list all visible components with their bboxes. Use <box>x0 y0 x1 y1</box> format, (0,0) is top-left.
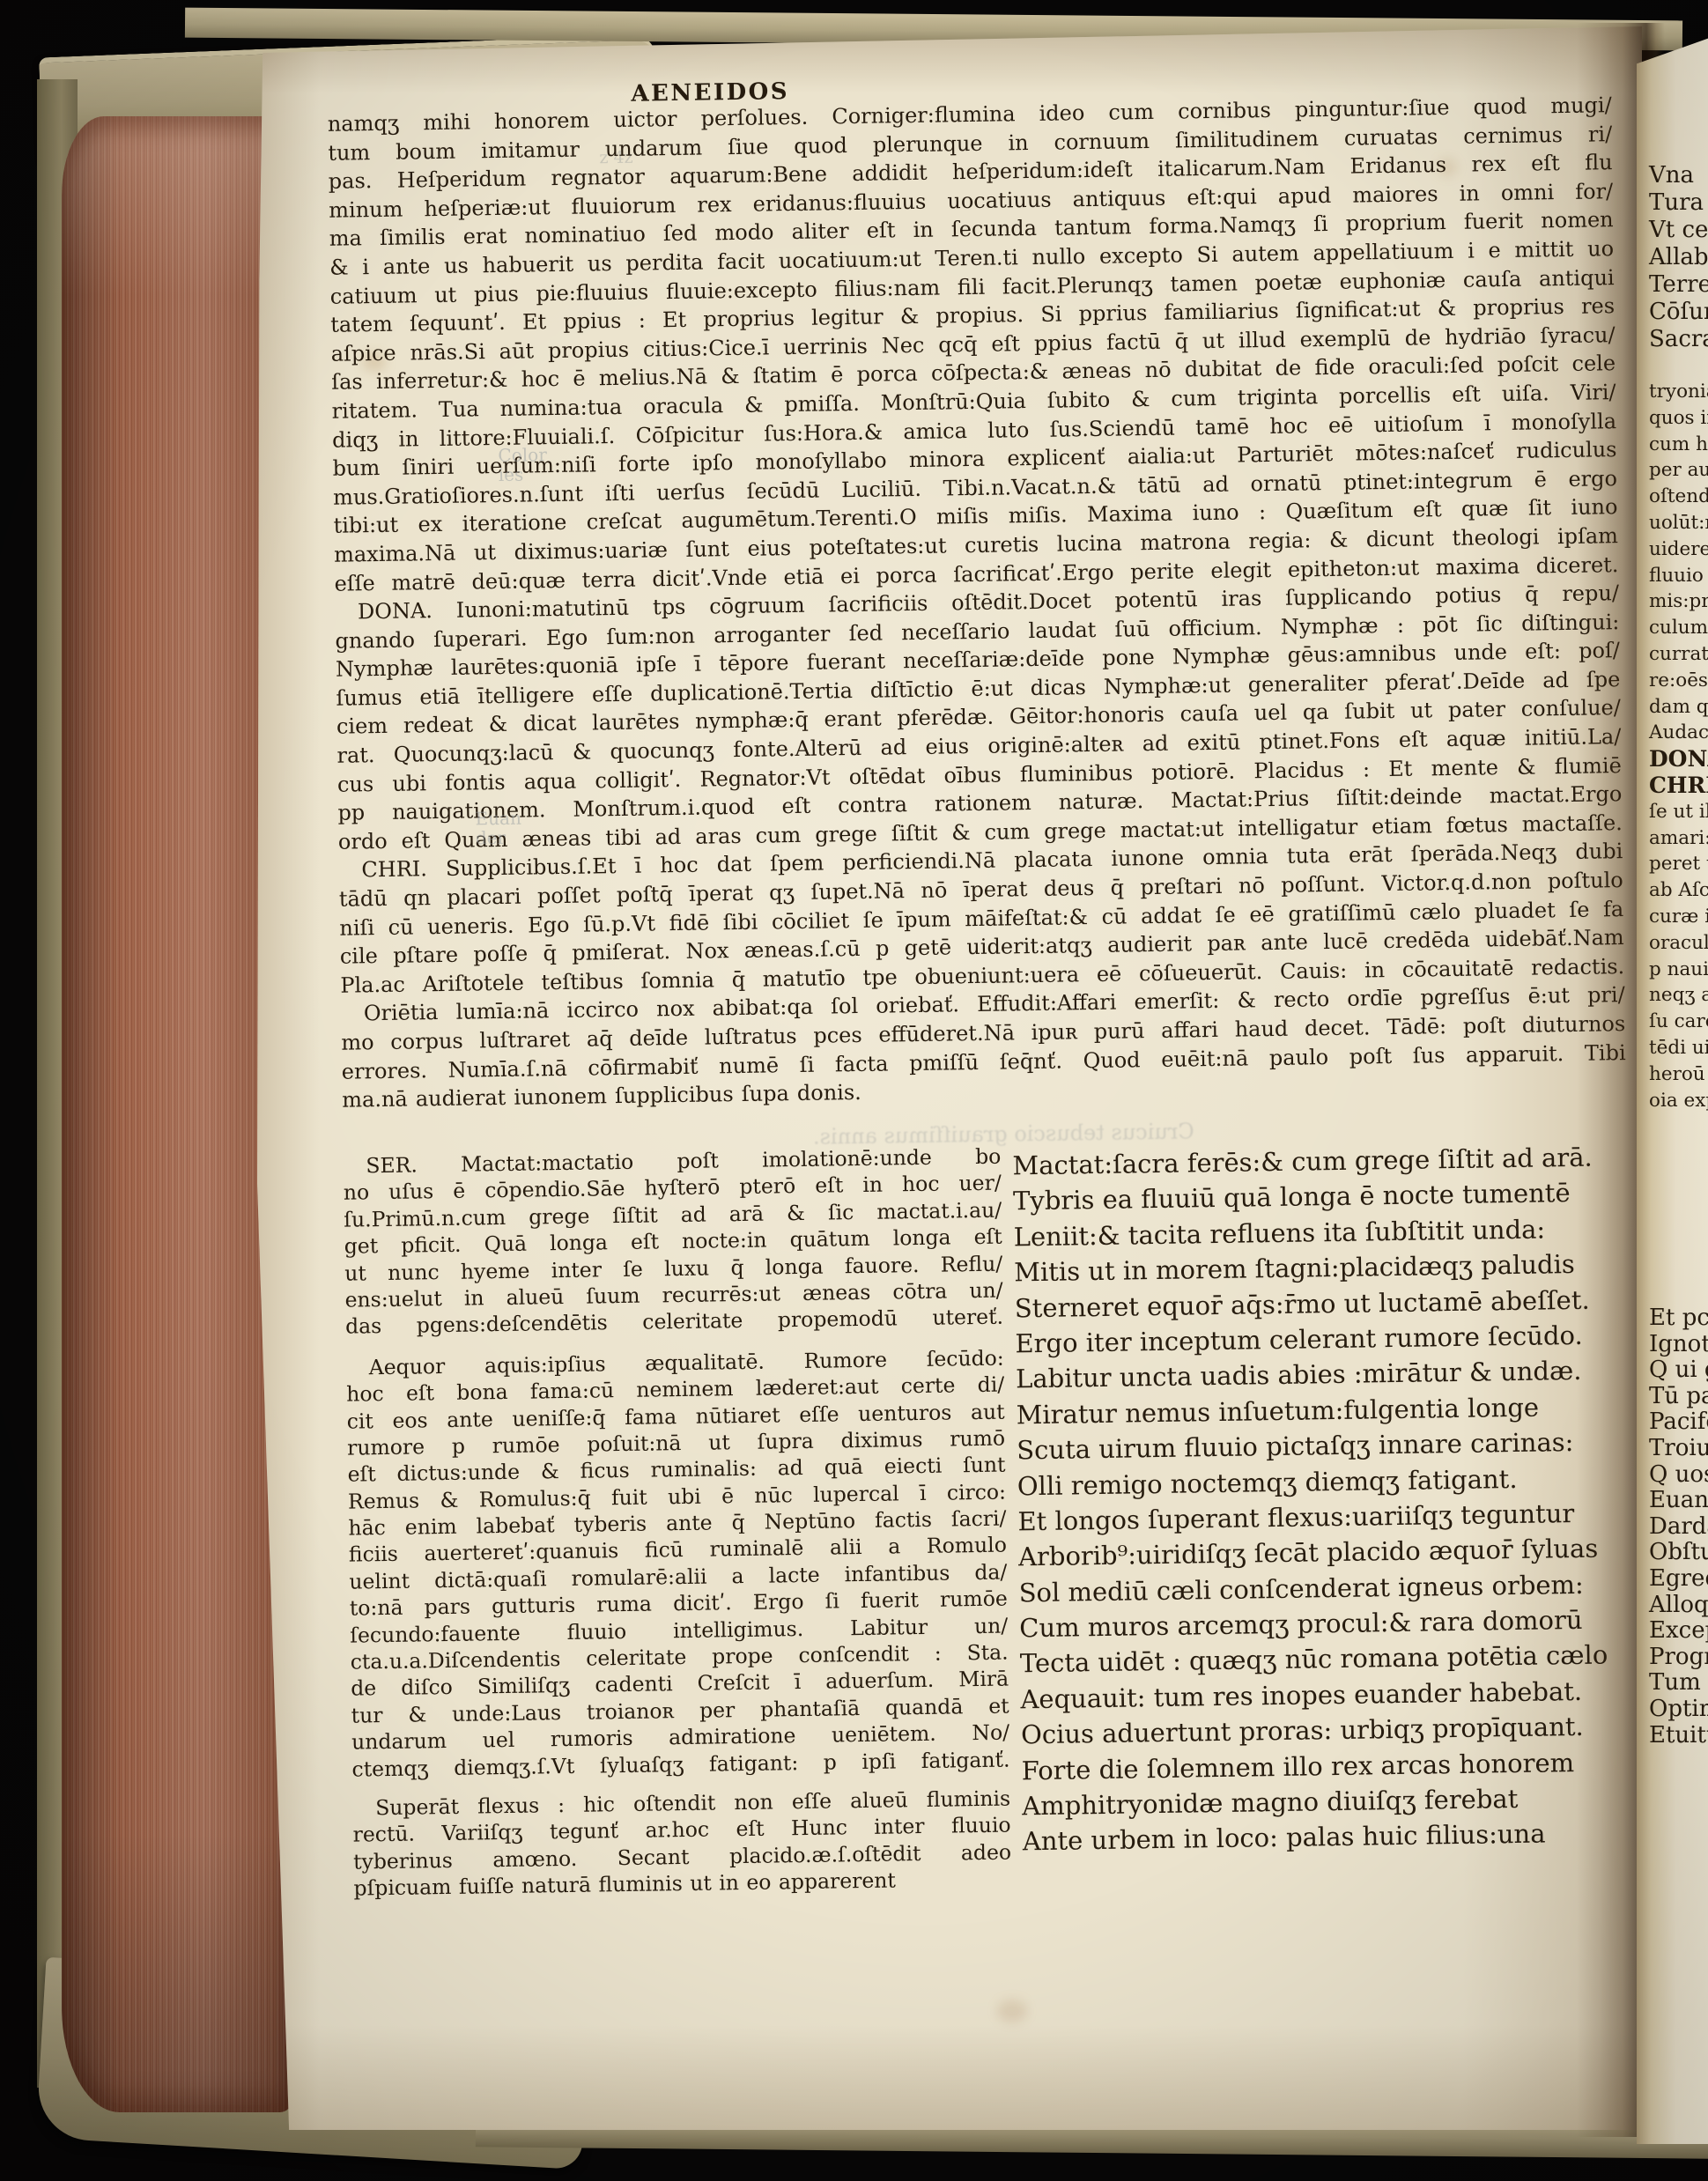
text-line: Terret <box>1649 271 1708 299</box>
text-line: curæ im <box>1649 904 1708 930</box>
text-line: per aute <box>1649 457 1708 484</box>
text-line: fluuio ty <box>1649 563 1708 589</box>
main-page: AENEIDOS z 4z namqʒ mihi honorem uictor … <box>257 26 1642 2130</box>
text-line: peret tro <box>1649 851 1708 877</box>
text-line: Ignotas <box>1649 1332 1708 1358</box>
page-content: AENEIDOS z 4z namqʒ mihi honorem uictor … <box>241 17 1657 2140</box>
text-line: ab Aſcā <box>1649 877 1708 904</box>
text-line: dam qui <box>1649 694 1708 721</box>
text-line: CHRI <box>1649 773 1708 799</box>
text-line: Obſtup <box>1649 1540 1708 1566</box>
text-line: Tū pate <box>1649 1384 1708 1410</box>
text-line: Egreder <box>1649 1566 1708 1593</box>
gloss-column: SER. Mactat:mactatio poſt imolationē:und… <box>343 1143 1012 1903</box>
next-page-gloss: tryoniaquos intcum hoper auteoſtendiťuol… <box>1649 379 1708 1113</box>
verse-column: Mactat:ſacra ferēs:& cum grege ſiſtit ad… <box>1012 1139 1645 1859</box>
next-page-sliver: VnaTuraVt celAllabiTerretCōſurgSacra try… <box>1637 30 1708 2144</box>
text-line: tryonia <box>1649 379 1708 405</box>
text-line: quos int <box>1649 405 1708 432</box>
text-line: oraculū <box>1649 930 1708 957</box>
text-line: heroū H <box>1649 1061 1708 1088</box>
next-page-verse-bottom: Et pculIgnotasQ ui gēTū patePaciferaTroi… <box>1649 1305 1708 1748</box>
text-line: oſtendiť <box>1649 484 1708 510</box>
text-line: Troiuge <box>1649 1436 1708 1462</box>
show-through-margin-note: Color ies <box>498 445 547 484</box>
show-through-mirrored-line: Cruicus tebuscio grauiſſimus annis. <box>813 1119 1194 1149</box>
text-line: amari: A <box>1649 825 1708 852</box>
text-line: cum ho <box>1649 432 1708 458</box>
text-line: uolūt:nā <box>1649 510 1708 536</box>
text-line: Tura <box>1649 189 1708 217</box>
text-line: tēdi uide <box>1649 1035 1708 1061</box>
text-line: Pacifera <box>1649 1409 1708 1436</box>
text-line: Alloque <box>1649 1593 1708 1619</box>
text-line: Dardan <box>1649 1514 1708 1541</box>
text-line: ſu carēt. <box>1649 1009 1708 1035</box>
show-through-margin-note: Euan der <box>475 809 521 848</box>
text-line: Tum reg <box>1649 1670 1708 1697</box>
text-line: currat.D <box>1649 641 1708 668</box>
next-page-verse-top: VnaTuraVt celAllabiTerretCōſurgSacra <box>1649 162 1708 353</box>
text-line: Allabi <box>1649 244 1708 271</box>
text-line: Vna <box>1649 162 1708 189</box>
text-line: Audacē a <box>1649 720 1708 746</box>
text-line: uidere ra <box>1649 536 1708 563</box>
text-line: Sacra <box>1649 326 1708 353</box>
text-line: Progreſ <box>1649 1645 1708 1671</box>
text-line: Q uos i <box>1649 1462 1708 1489</box>
text-line: Euandru <box>1649 1488 1708 1514</box>
text-line: Vt cel <box>1649 217 1708 244</box>
text-line: Et pcul <box>1649 1305 1708 1332</box>
commentary-block: namqʒ mihi honorem uictor perſolues. Cor… <box>328 91 1627 1114</box>
text-line: p naui:ā <box>1649 957 1708 983</box>
text-line: ſe ut ibi <box>1649 799 1708 825</box>
text-line: mis:pro <box>1649 588 1708 615</box>
text-line: neqʒ arm <box>1649 982 1708 1009</box>
text-line: culum ce <box>1649 615 1708 641</box>
text-line: DONA <box>1649 746 1708 773</box>
text-line: Etuitta <box>1649 1723 1708 1749</box>
text-line: Cōſurg <box>1649 299 1708 326</box>
text-line: oia explo <box>1649 1088 1708 1114</box>
text-line: Q ui gē <box>1649 1357 1708 1384</box>
text-line: Optime <box>1649 1697 1708 1723</box>
text-line: Excepit <box>1649 1618 1708 1645</box>
text-line: re:oēs ra <box>1649 668 1708 694</box>
